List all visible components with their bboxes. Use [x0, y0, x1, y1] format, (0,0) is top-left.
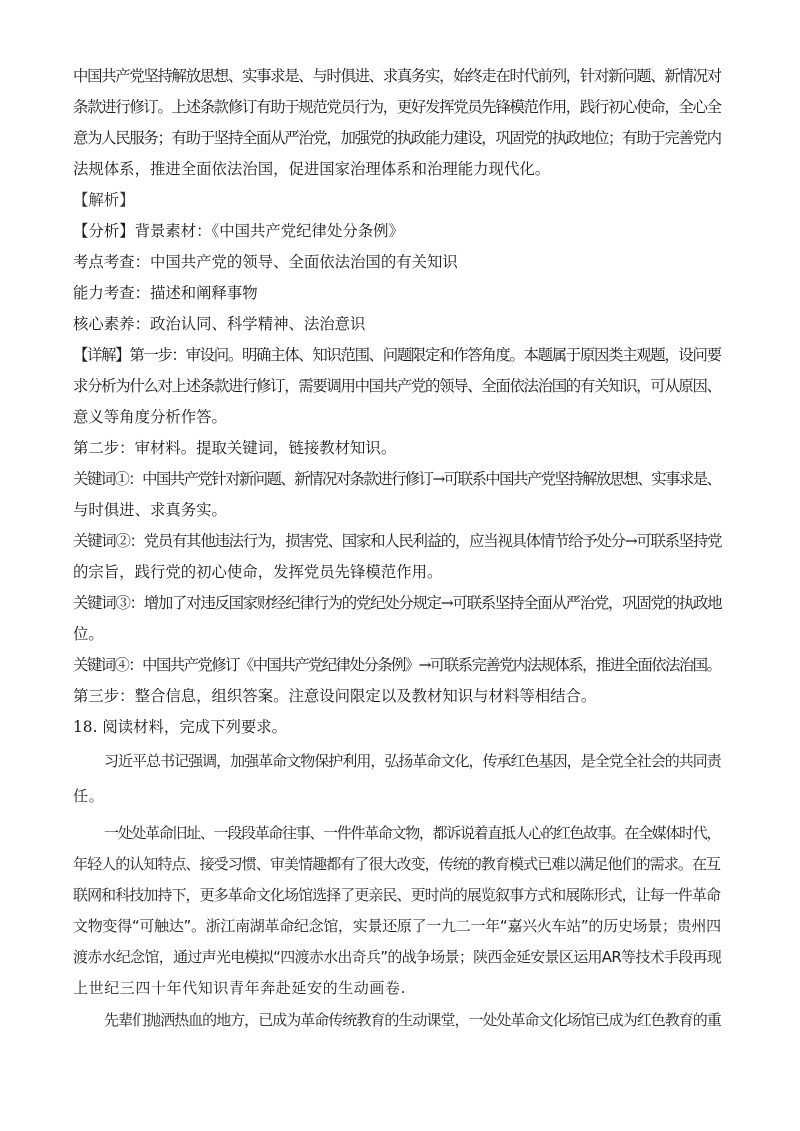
analysis-heading: 【解析】 — [73, 190, 135, 210]
keyword-4: 关键词④：中国共产党修订《中国共产党纪律处分条例》→可联系完善党内法规体系，推进… — [73, 655, 720, 675]
analysis-background: 【分析】背景素材：《中国共产党纪律处分条例》 — [73, 221, 404, 241]
answer-line-2: 条款进行修订。上述条款修订有助于规范党员行为，更好发挥党员先锋模范作用，践行初心… — [73, 97, 721, 117]
keyword-2-line-1: 关键词②：党员有其他违法行为，损害党、国家和人民利益的，应当视具体情节给予处分→… — [73, 531, 721, 551]
keyword-1-line-2: 与时俱进、求真务实。 — [73, 500, 227, 520]
keyword-1-line-1: 关键词①：中国共产党针对新问题、新情况对条款进行修订→可联系中国共产党坚持解放思… — [73, 469, 720, 489]
answer-line-1: 中国共产党坚持解放思想、实事求是、与时俱进、求真务实，始终走在时代前列，针对新问… — [73, 66, 721, 86]
document-page: 中国共产党坚持解放思想、实事求是、与时俱进、求真务实，始终走在时代前列，针对新问… — [0, 0, 800, 1131]
detail-line-3: 意义等角度分析作答。 — [73, 407, 227, 427]
material-p2-line-6: 上世纪三四十年代知识青年奔赴延安的生动画卷. — [73, 978, 406, 998]
analysis-ability: 能力考查：描述和阐释事物 — [73, 283, 258, 303]
answer-line-4: 法规体系，推进全面依法治国，促进国家治理体系和治理能力现代化。 — [73, 159, 550, 179]
detail-step-2: 第二步：审材料。提取关键词，链接教材知识。 — [73, 438, 396, 458]
detail-line-1: 【详解】第一步：审设问。明确主体、知识范围、问题限定和作答角度。本题属于原因类主… — [73, 345, 721, 365]
material-p3-line-1: 先辈们抛洒热血的地方，已成为革命传统教育的生动课堂，一处处革命文化场馆已成为红色… — [104, 1010, 721, 1030]
analysis-core-literacy: 核心素养：政治认同、科学精神、法治意识 — [73, 314, 365, 334]
detail-line-2: 求分析为什么对上述条款进行修订，需要调用中国共产党的领导、全面依法治国的有关知识… — [73, 376, 721, 396]
material-p1-line-2: 任。 — [73, 786, 104, 806]
material-p2-line-2: 年轻人的认知特点、接受习惯、审美情趣都有了很大改变，传统的教育模式已难以满足他们… — [73, 854, 720, 874]
detail-step-3: 第三步：整合信息，组织答案。注意设问限定以及教材知识与材料等相结合。 — [73, 686, 596, 706]
keyword-3-line-1: 关键词③：增加了对违反国家财经纪律行为的党纪处分规定→可联系坚持全面从严治党，巩… — [73, 593, 721, 613]
material-p2-line-4: 文物变得“可触达”。浙江南湖革命纪念馆，实景还原了一九二一年“嘉兴火车站”的历史… — [73, 916, 721, 936]
analysis-knowledge-points: 考点考查：中国共产党的领导、全面依法治国的有关知识 — [73, 252, 458, 272]
material-p2-line-3: 联网和科技加持下，更多革命文化场馆选择了更亲民、更时尚的展览叙事方式和展陈形式，… — [73, 885, 720, 905]
keyword-2-line-2: 的宗旨，践行党的初心使命，发挥党员先锋模范作用。 — [73, 562, 442, 582]
material-p1-line-1: 习近平总书记强调，加强革命文物保护利用，弘扬革命文化，传承红色基因，是全党全社会… — [104, 751, 721, 771]
question-18-prompt: 18. 阅读材料，完成下列要求。 — [73, 717, 287, 737]
answer-line-3: 意为人民服务；有助于坚持全面从严治党，加强党的执政能力建设，巩固党的执政地位；有… — [73, 128, 721, 148]
material-p2-line-5: 渡赤水纪念馆，通过声光电模拟“四渡赤水出奇兵”的战争场景；陕西金延安景区运用AR… — [73, 947, 721, 967]
material-p2-line-1: 一处处革命旧址、一段段革命往事、一件件革命文物，都诉说着直抵人心的红色故事。在全… — [104, 823, 720, 843]
keyword-3-line-2: 位。 — [73, 624, 104, 644]
